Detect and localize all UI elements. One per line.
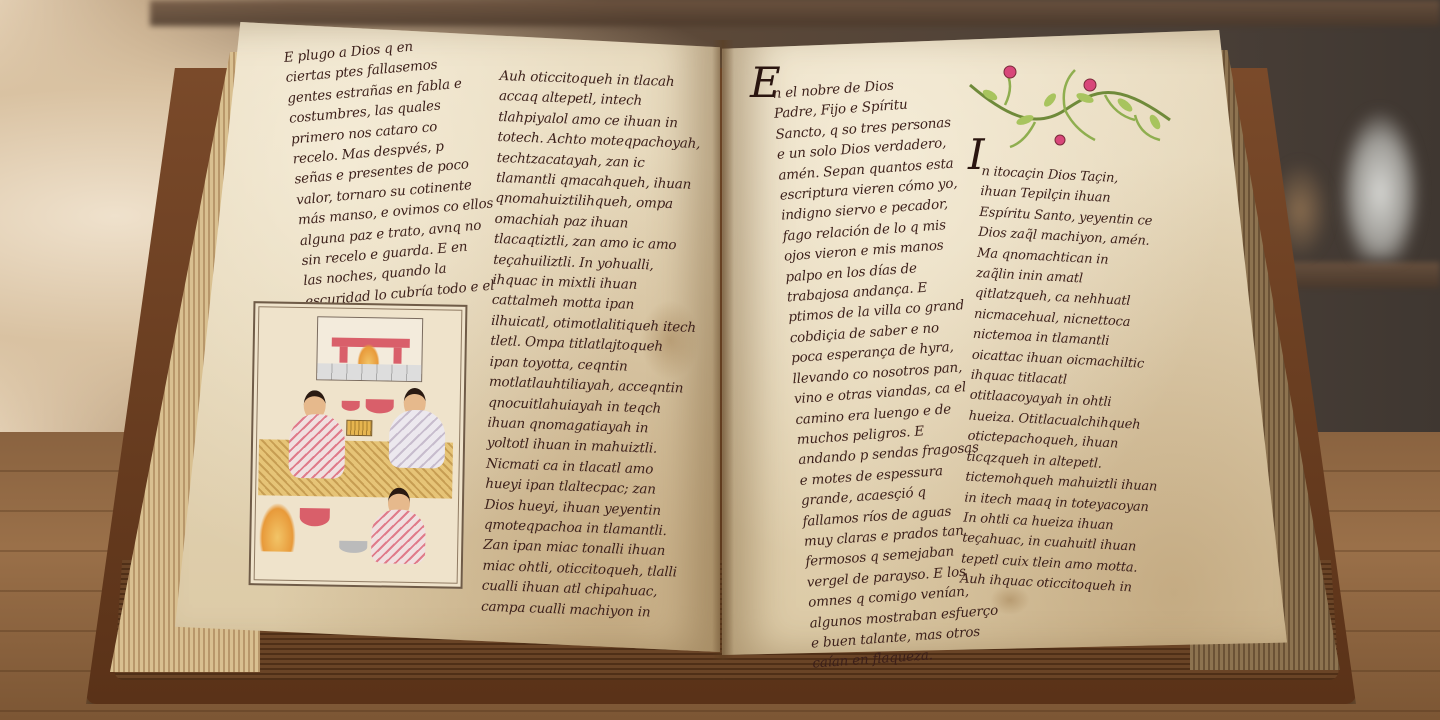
cooking-pan — [300, 508, 330, 527]
red-bowl — [366, 399, 394, 413]
right-page-column-2: n itocaçin Dios Taçin, ihuan Tepilçin ih… — [960, 162, 1174, 600]
fire-icon — [259, 503, 296, 552]
woven-basket — [346, 420, 372, 436]
hearth-post — [393, 348, 401, 364]
codex-illustration — [249, 301, 468, 589]
floral-vine-ornament — [965, 60, 1175, 170]
left-page-column-1: E plugo a Dios q en ciertas ptes fallase… — [283, 31, 503, 333]
bookshelf-middle — [1280, 262, 1440, 288]
blurred-white-vase — [1340, 110, 1420, 260]
photo-scene: E plugo a Dios q en ciertas ptes fallase… — [0, 0, 1440, 720]
grey-bowl — [339, 541, 367, 553]
left-page-column-2: Auh oticcitoqueh in tlacah accaq altepet… — [481, 66, 705, 624]
hearth — [316, 316, 423, 382]
hearth-bricks — [317, 363, 421, 381]
book-gutter — [712, 40, 734, 660]
bookshelf-top — [150, 0, 1440, 26]
hearth-post — [339, 347, 347, 363]
seated-figure-right — [389, 410, 446, 469]
red-vessel — [342, 401, 360, 411]
cooking-figure — [371, 509, 426, 564]
seated-figure-left — [288, 414, 345, 479]
